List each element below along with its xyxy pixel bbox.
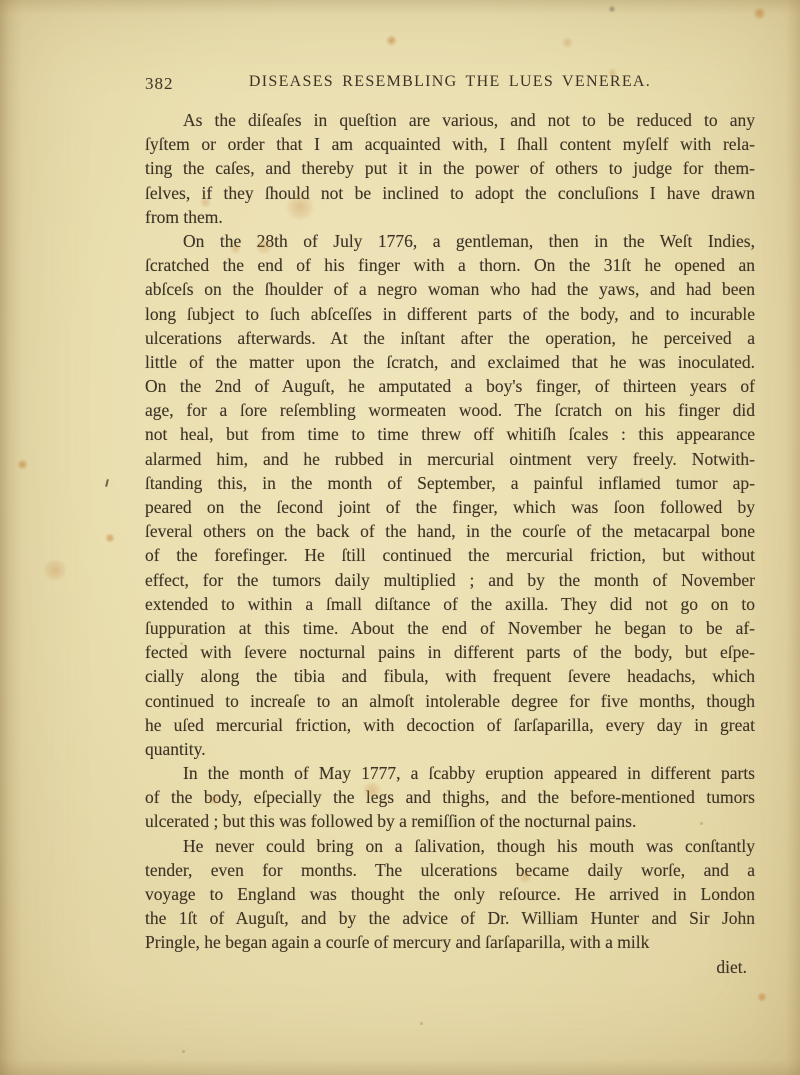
foxing-stain xyxy=(753,7,766,20)
running-title: DISEASES RESEMBLING THE LUES VENEREA. xyxy=(145,73,755,91)
text-line: As the diſeaſes in queſtion are various,… xyxy=(145,108,755,132)
text-line: peared on the ſecond joint of the finger… xyxy=(145,495,755,519)
foxing-stain xyxy=(562,37,573,48)
text-line: long ſubject to ſuch abſceſſes in differ… xyxy=(145,302,755,326)
text-line: abſceſs on the ſhoulder of a negro woman… xyxy=(145,277,755,301)
text-line: little of the matter upon the ſcratch, a… xyxy=(145,350,755,374)
text-line: alarmed him, and he rubbed in mercurial … xyxy=(145,447,755,471)
text-line: ſelves, if they ſhould not be inclined t… xyxy=(145,181,755,205)
text-line: ſcratched the end of his finger with a t… xyxy=(145,253,755,277)
foxing-stain xyxy=(105,533,115,543)
text-line: extended to within a ſmall diſtance of t… xyxy=(145,592,755,616)
text-line: cially along the tibia and fibula, with … xyxy=(145,664,755,688)
page-header: 382 DISEASES RESEMBLING THE LUES VENEREA… xyxy=(145,72,755,94)
text-line: He never could bring on a ſalivation, th… xyxy=(145,834,755,858)
foxing-stain xyxy=(386,35,397,46)
text-line: the 1ſt of Auguſt, and by the advice of … xyxy=(145,906,755,930)
text-line: ſuppuration at this time. About the end … xyxy=(145,616,755,640)
ink-mark xyxy=(105,479,109,487)
text-line: In the month of May 1777, a ſcabby erupt… xyxy=(145,761,755,785)
text-line: of the forefinger. He ſtill continued th… xyxy=(145,543,755,567)
text-line: of the body, eſpecially the legs and thi… xyxy=(145,785,755,809)
text-line: ulcerations afterwards. At the inſtant a… xyxy=(145,326,755,350)
text-line: quantity. xyxy=(145,737,755,761)
text-line: On the 28th of July 1776, a gentleman, t… xyxy=(145,229,755,253)
text-line: On the 2nd of Auguſt, he amputated a boy… xyxy=(145,374,755,398)
foxing-stain xyxy=(17,459,28,470)
text-line: continued to increaſe to an almoſt intol… xyxy=(145,689,755,713)
paper-speck xyxy=(182,1050,185,1053)
text-line: effect, for the tumors daily multiplied … xyxy=(145,568,755,592)
foxing-stain xyxy=(757,992,767,1002)
text-line: ting the caſes, and thereby put it in th… xyxy=(145,156,755,180)
text-line: voyage to England was thought the only r… xyxy=(145,882,755,906)
catchword: diet. xyxy=(145,955,755,979)
paper-speck xyxy=(420,1022,423,1025)
text-line: from them. xyxy=(145,205,755,229)
text-line: not heal, but from time to time threw of… xyxy=(145,422,755,446)
text-line: he uſed mercurial friction, with decocti… xyxy=(145,713,755,737)
text-line: ſeveral others on the back of the hand, … xyxy=(145,519,755,543)
page-text: As the diſeaſes in queſtion are various,… xyxy=(145,108,755,979)
text-line: ſtanding this, in the month of September… xyxy=(145,471,755,495)
book-page-scan: 382 DISEASES RESEMBLING THE LUES VENEREA… xyxy=(0,0,800,1075)
foxing-stain xyxy=(42,560,68,580)
text-line: fected with ſevere nocturnal pains in di… xyxy=(145,640,755,664)
text-line: Pringle, he began again a courſe of merc… xyxy=(145,930,755,954)
text-line: tender, even for months. The ulcerations… xyxy=(145,858,755,882)
text-line: ſyſtem or order that I am acquainted wit… xyxy=(145,132,755,156)
text-line: age, for a ſore reſembling wormeaten woo… xyxy=(145,398,755,422)
ink-spot xyxy=(608,5,616,13)
text-line: ulcerated ; but this was followed by a r… xyxy=(145,809,755,833)
